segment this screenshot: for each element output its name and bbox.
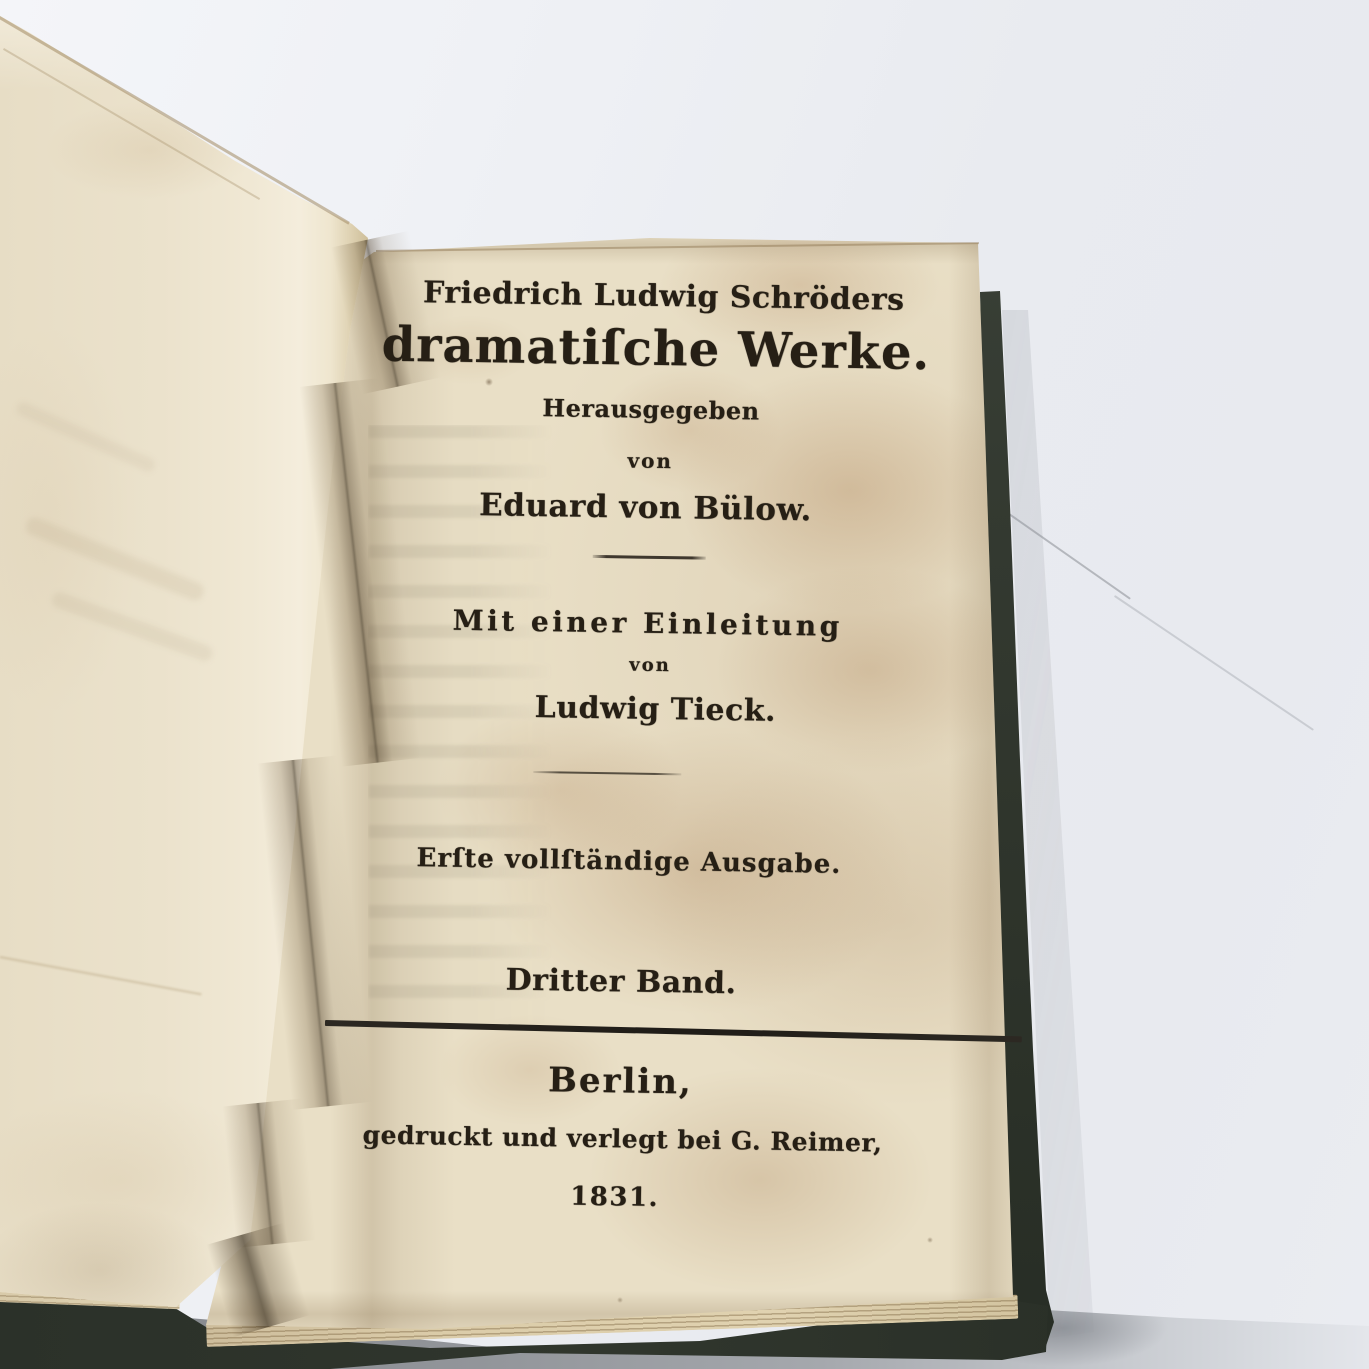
year-line: 1831. <box>289 1179 939 1215</box>
edition-note: Erſte vollſtändige Ausgabe. <box>304 843 954 879</box>
introduction-von: von <box>325 652 975 680</box>
separator-rule-1 <box>593 555 706 560</box>
title-page-text: Friedrich Ludwig Schröders dramatiſche W… <box>328 225 994 1235</box>
book-title: dramatiſche Werke. <box>331 320 982 378</box>
city-line: Berlin, <box>295 1059 945 1103</box>
edited-von: von <box>325 446 975 476</box>
volume-label: Dritter Band. <box>296 962 946 1002</box>
editor-name: Eduard von Bülow. <box>320 488 970 529</box>
introduction-author: Ludwig Tieck. <box>330 690 980 730</box>
imprint-line: gedruckt und verlegt bei G. Reimer, <box>297 1121 947 1156</box>
author-line: Friedrich Ludwig Schröders <box>339 277 989 317</box>
edited-label: Herausgegeben <box>326 393 976 427</box>
separator-rule-2 <box>533 771 681 775</box>
introduction-label: Mit einer Einleitung <box>322 605 972 643</box>
photo-canvas: Friedrich Ludwig Schröders dramatiſche W… <box>0 0 1369 1369</box>
